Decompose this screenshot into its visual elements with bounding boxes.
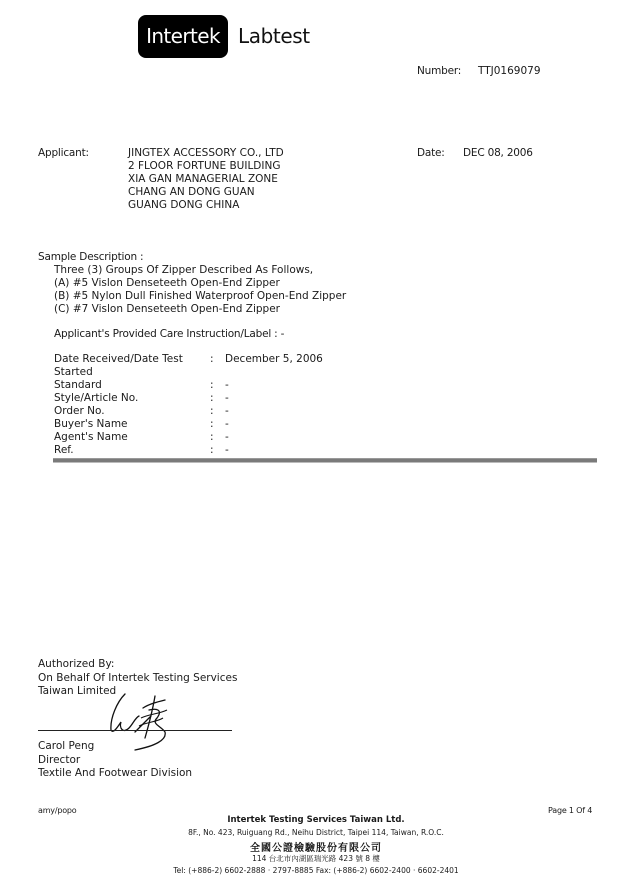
info-colon: : bbox=[210, 353, 225, 379]
info-value: - bbox=[225, 379, 229, 392]
signer-division: Textile And Footwear Division bbox=[38, 767, 192, 781]
labtest-logo-text: Labtest bbox=[238, 23, 310, 49]
info-key: Agent's Name bbox=[54, 431, 210, 444]
report-number-label: Number: bbox=[417, 65, 461, 78]
info-row: Buyer's Name:- bbox=[54, 418, 323, 431]
info-row: Ref.:- bbox=[54, 444, 323, 457]
sample-description-list: Three (3) Groups Of Zipper Described As … bbox=[54, 264, 346, 316]
info-value: - bbox=[225, 392, 229, 405]
footer-address-en: 8F., No. 423, Ruiguang Rd., Neihu Distri… bbox=[0, 828, 632, 837]
info-row: Agent's Name:- bbox=[54, 431, 323, 444]
report-number-value: TTJ0169079 bbox=[478, 65, 541, 78]
info-colon: : bbox=[210, 392, 225, 405]
info-key: Standard bbox=[54, 379, 210, 392]
authorization-line: On Behalf Of Intertek Testing Services bbox=[38, 672, 237, 686]
footer-company: Intertek Testing Services Taiwan Ltd. bbox=[0, 815, 632, 825]
info-colon: : bbox=[210, 444, 225, 457]
info-colon: : bbox=[210, 418, 225, 431]
signature-line bbox=[38, 730, 232, 731]
info-colon: : bbox=[210, 405, 225, 418]
sample-line: Three (3) Groups Of Zipper Described As … bbox=[54, 264, 346, 277]
info-row: Order No.:- bbox=[54, 405, 323, 418]
sample-line: (A) #5 Vislon Denseteeth Open-End Zipper bbox=[54, 277, 346, 290]
sample-info-table: Date Received/Date Test Started:December… bbox=[54, 353, 323, 457]
info-colon: : bbox=[210, 379, 225, 392]
footer-address-zh: 114 台北市內湖區瑞光路 423 號 8 樓 bbox=[0, 853, 632, 864]
applicant-label: Applicant: bbox=[38, 147, 89, 160]
date-value: DEC 08, 2006 bbox=[463, 147, 533, 160]
info-value: December 5, 2006 bbox=[225, 353, 323, 379]
info-value: - bbox=[225, 405, 229, 418]
info-key: Date Received/Date Test Started bbox=[54, 353, 210, 379]
signer-block: Carol Peng Director Textile And Footwear… bbox=[38, 740, 192, 781]
authorization-line: Authorized By: bbox=[38, 658, 237, 672]
info-row: Style/Article No.:- bbox=[54, 392, 323, 405]
section-divider bbox=[53, 458, 597, 463]
date-label: Date: bbox=[417, 147, 445, 160]
footer-company-zh: 全國公證檢驗股份有限公司 bbox=[0, 839, 632, 854]
applicant-line: GUANG DONG CHINA bbox=[128, 199, 284, 212]
intertek-logo: Intertek bbox=[138, 15, 228, 58]
sample-line: (B) #5 Nylon Dull Finished Waterproof Op… bbox=[54, 290, 346, 303]
info-key: Style/Article No. bbox=[54, 392, 210, 405]
applicant-line: JINGTEX ACCESSORY CO., LTD bbox=[128, 147, 284, 160]
applicant-line: 2 FLOOR FORTUNE BUILDING bbox=[128, 160, 284, 173]
sample-line: (C) #7 Vislon Denseteeth Open-End Zipper bbox=[54, 303, 346, 316]
applicant-address: JINGTEX ACCESSORY CO., LTD 2 FLOOR FORTU… bbox=[128, 147, 284, 212]
info-row: Date Received/Date Test Started:December… bbox=[54, 353, 323, 379]
info-value: - bbox=[225, 444, 229, 457]
info-key: Order No. bbox=[54, 405, 210, 418]
info-key: Buyer's Name bbox=[54, 418, 210, 431]
info-colon: : bbox=[210, 431, 225, 444]
sample-description-heading: Sample Description : bbox=[38, 251, 143, 264]
signer-name: Carol Peng bbox=[38, 740, 192, 754]
footer-contact: Tel: (+886-2) 6602-2888 · 2797-8885 Fax:… bbox=[0, 866, 632, 875]
info-value: - bbox=[225, 431, 229, 444]
applicant-line: CHANG AN DONG GUAN bbox=[128, 186, 284, 199]
signer-title: Director bbox=[38, 754, 192, 768]
care-instruction: Applicant's Provided Care Instruction/La… bbox=[54, 328, 284, 341]
applicant-line: XIA GAN MANAGERIAL ZONE bbox=[128, 173, 284, 186]
info-value: - bbox=[225, 418, 229, 431]
info-row: Standard:- bbox=[54, 379, 323, 392]
info-key: Ref. bbox=[54, 444, 210, 457]
